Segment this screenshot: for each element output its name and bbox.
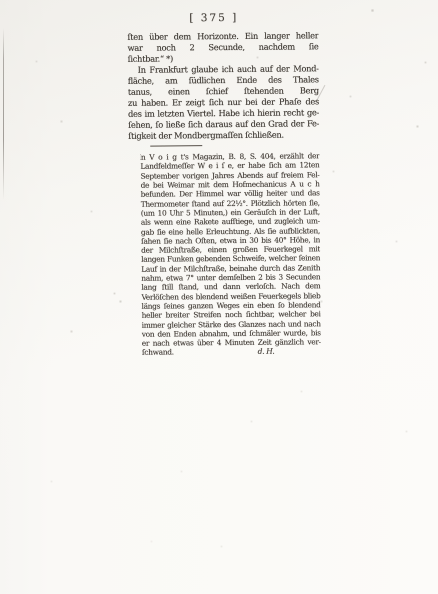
scanned-page: [ 375 ] ſten über dem Horizonte. Ein lan… (0, 0, 438, 594)
scan-noise (0, 0, 1, 1)
footnote-divider (150, 145, 202, 147)
footnote-line: ſchwand. (142, 348, 174, 357)
scan-edge-artifact (3, 28, 4, 200)
footnote: *) In V o i g t's Magazin, B. 8, S. 404,… (128, 151, 321, 357)
text-line: ſtigkeit der Mondbergmaſſen ſchließen. (128, 129, 319, 141)
footnote-last-line: ſchwand.d. H. (142, 347, 321, 358)
page-content: [ 375 ] ſten über dem Horizonte. Ein lan… (127, 11, 321, 357)
footnote-signature: d. H. (258, 347, 275, 356)
text-line: war noch 2 Secunde, nachdem ſie verſchwu… (127, 41, 318, 53)
text-line: ſehen, ſo ließe ſich daraus auf den Grad… (128, 118, 319, 130)
page-number: [ 375 ] (118, 11, 309, 25)
body-text: ſten über dem Horizonte. Ein langer hell… (127, 30, 319, 141)
